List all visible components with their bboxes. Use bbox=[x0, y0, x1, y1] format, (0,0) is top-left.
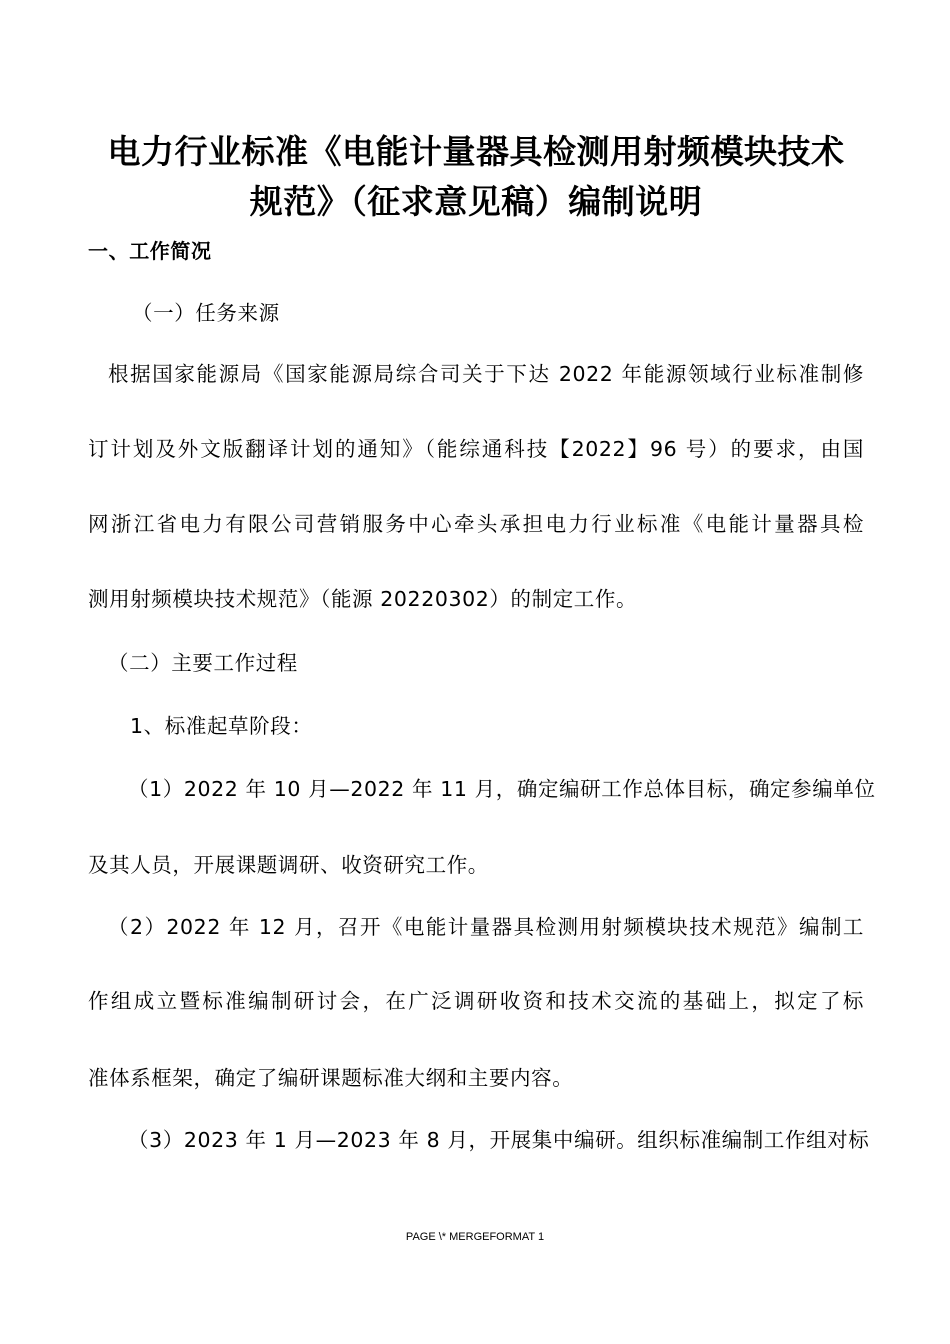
document-title-line-2: 规范》（征求意见稿）编制说明 bbox=[88, 180, 864, 224]
stage-heading-drafting: 1、标准起草阶段： bbox=[130, 711, 312, 741]
paragraph-task-source-line-1: 根据国家能源局《国家能源局综合司关于下达 2022 年能源领域行业标准制修 bbox=[88, 359, 864, 389]
subsection-heading-task-source: （一）任务来源 bbox=[132, 298, 280, 328]
paragraph-task-source-line-4: 测用射频模块技术规范》（能源 20220302）的制定工作。 bbox=[88, 584, 637, 614]
paragraph-task-source-line-3: 网浙江省电力有限公司营销服务中心牵头承担电力行业标准《电能计量器具检 bbox=[88, 509, 864, 539]
document-title-line-1: 电力行业标准《电能计量器具检测用射频模块技术 bbox=[88, 130, 864, 174]
section-heading-work-overview: 一、工作简况 bbox=[88, 236, 212, 266]
item-2-line-2: 作组成立暨标准编制研讨会，在广泛调研收资和技术交流的基础上，拟定了标 bbox=[88, 986, 864, 1016]
item-1-line-1: （1）2022 年 10 月—2022 年 11 月，确定编研工作总体目标，确定… bbox=[88, 774, 864, 804]
item-1-line-2: 及其人员，开展课题调研、收资研究工作。 bbox=[88, 850, 489, 880]
page-number-field: PAGE \* MERGEFORMAT 1 bbox=[0, 1229, 950, 1245]
item-3-line-1: （3）2023 年 1 月—2023 年 8 月，开展集中编研。组织标准编制工作… bbox=[88, 1125, 864, 1155]
item-2-line-1: （2）2022 年 12 月，召开《电能计量器具检测用射频模块技术规范》编制工 bbox=[88, 912, 864, 942]
item-2-line-3: 准体系框架，确定了编研课题标准大纲和主要内容。 bbox=[88, 1063, 573, 1093]
paragraph-task-source-line-2: 订计划及外文版翻译计划的通知》（能综通科技【2022】96 号）的要求，由国 bbox=[88, 434, 864, 464]
subsection-heading-main-process: （二）主要工作过程 bbox=[108, 648, 298, 678]
document-page: 电力行业标准《电能计量器具检测用射频模块技术 规范》（征求意见稿）编制说明 一、… bbox=[0, 0, 950, 1344]
